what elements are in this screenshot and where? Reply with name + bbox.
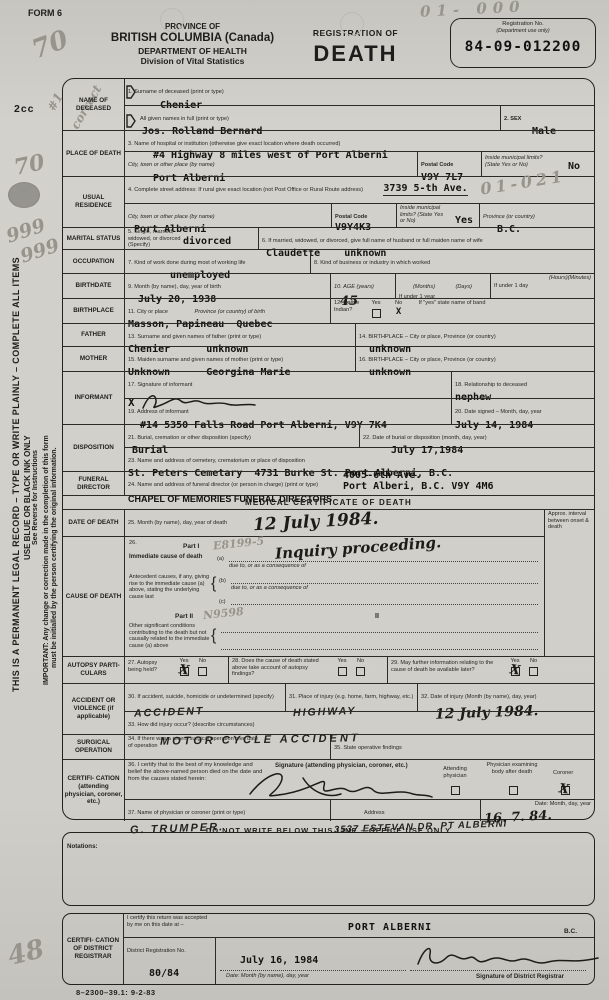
section-label-birthplace: BIRTHPLACE <box>63 298 125 323</box>
row-surgical: 34. If there was a recent surgical opera… <box>125 734 594 759</box>
industry-label: 8. Kind of business or industry in which… <box>314 260 430 266</box>
section-label-cause-of-death: CAUSE OF DEATH <box>63 536 125 656</box>
spouse-label: 6. If married, widowed, or divorced, giv… <box>262 238 483 244</box>
row-birthplace: 11. City or place Province (or country) … <box>125 298 594 323</box>
burial-date-label: 22. Date of burial or disposition (month… <box>363 435 487 441</box>
row-birthdate: 9. Month (by name), day, year of birth J… <box>125 273 594 298</box>
line-b-rule <box>231 583 538 584</box>
relationship-label: 18. Relationship to deceased <box>455 382 527 388</box>
department-name: DEPARTMENT OF HEALTH <box>95 46 290 56</box>
marital-value: divorced <box>183 237 231 248</box>
registrar-top-row: I certify this return was accepted by me… <box>124 914 594 938</box>
pencil-note-70-top: 70 <box>28 25 72 66</box>
punch-hole-top-left <box>160 8 184 32</box>
autopsy-findings-label: 28. Does the cause of death stated above… <box>232 658 328 678</box>
findings-yes-checkbox <box>338 667 347 676</box>
section-label-certification: CERTIFI- CATION (attending physician, co… <box>63 759 125 821</box>
block-death-and-cause: 25. Month (by name), day, year of death … <box>125 509 594 656</box>
street-value: 3739 5-th Ave. <box>383 184 467 196</box>
accepted-date-value: July 16, 1984 <box>240 956 318 967</box>
division-name: Division of Vital Statistics <box>95 56 290 66</box>
accepted-date-label: Date: Month (by name), day, year <box>226 973 309 980</box>
physician-name-label: 37. Name of physician or coroner (print … <box>128 810 245 816</box>
part2-rule-1 <box>221 632 538 633</box>
roman-ii-label: II <box>375 613 379 621</box>
row-hospital: 3. Name of hospital or institution (othe… <box>125 130 594 151</box>
line-c-rule <box>231 604 538 605</box>
pod-municipal-value: No <box>568 162 580 173</box>
row-occupation: 7. Kind of work done during most of work… <box>125 249 594 273</box>
date-of-death-value: 12 July 1984. <box>253 509 379 536</box>
attending-physician-checkbox <box>451 786 460 795</box>
other-significant-label: Other significant conditions contributin… <box>129 623 213 649</box>
medical-certificate-title: MEDICAL CERTIFICATE OF DEATH <box>245 498 412 507</box>
section-label-place-of-death: PLACE OF DEATH <box>63 130 125 176</box>
scanned-death-registration-form: FORM 6 PROVINCE OF BRITISH COLUMBIA (Can… <box>0 0 609 1000</box>
registration-number-box: Registration No. (Department use only) 8… <box>450 18 596 68</box>
band-name-label: If "yes" state name of band <box>419 300 486 306</box>
row-autopsy: 27. Autopsy being held? Yes X No 28. Doe… <box>125 656 594 683</box>
part2-rule-2 <box>221 649 538 650</box>
form-number: FORM 6 <box>28 8 62 18</box>
injury-place-label: 31. Place of injury (e.g. home, farm, hi… <box>289 694 413 700</box>
birthplace-province-label: Province (or country) of birth <box>194 309 265 315</box>
later-yes-penmark: X <box>509 662 521 678</box>
row-residence-city: City, town or other place (by name) Port… <box>125 203 594 227</box>
province-abbrev: B.C. <box>564 914 594 937</box>
punch-hole-top-right <box>340 12 364 36</box>
accepted-statement: I certify this return was accepted by me… <box>124 914 216 937</box>
registrar-bottom-row: District Registration No. 80/84 July 16,… <box>124 938 594 984</box>
sidebar-important-note-1: IMPORTANT: Any change or correction made… <box>43 435 50 685</box>
brace-glyph: { <box>211 627 216 645</box>
physician-signature <box>245 766 435 800</box>
later-no-label: No <box>530 658 537 665</box>
native-no-label: No <box>395 300 402 307</box>
physician-address-label: Address <box>364 810 385 816</box>
issuing-authority: PROVINCE OF BRITISH COLUMBIA (Canada) DE… <box>95 22 290 66</box>
age-days-label: (Days) <box>456 284 472 290</box>
section-label-autopsy: AUTOPSY PARTI- CULARS <box>63 656 125 683</box>
punch-hole-left <box>8 182 40 208</box>
registrar-signature-rule <box>410 970 586 971</box>
line-a-rule <box>229 561 538 562</box>
line-a-label: (a) <box>217 556 224 563</box>
district-registration-no-value: 80/84 <box>149 969 212 980</box>
examining-physician-checkbox <box>509 786 518 795</box>
province-of-label: PROVINCE OF <box>95 22 290 31</box>
row-given-names: All given names in full (print or type) … <box>125 105 594 130</box>
line-a-dueto: due to, or as a consequence of <box>229 563 306 570</box>
date-signed-label: 20. Date signed – Month, day, year <box>455 409 542 415</box>
funeral-address-line2: Port Alberi, B.C. V9Y 4M6 <box>343 482 494 493</box>
pencil-note-70-left: 70 <box>12 149 47 181</box>
native-yes-label: Yes <box>371 300 380 307</box>
funeral-address-line1: 4005-6th Ave. <box>343 471 421 482</box>
section-label-funeral-director: FUNERAL DIRECTOR <box>63 471 125 495</box>
row-funeral-director: 24. Name and address of funeral director… <box>125 471 594 495</box>
notations-label: Notations: <box>67 843 98 850</box>
section-label-father: FATHER <box>63 323 125 346</box>
antecedent-label: Antecedent causes, if any, giving rise t… <box>129 574 213 600</box>
row-certification: 36. I certify that to the best of my kno… <box>125 759 594 799</box>
row-residence-street: 4. Complete street address: If rural giv… <box>125 176 594 203</box>
row-cemetery: 23. Name and address of cemetery, cremat… <box>125 447 594 471</box>
cause-line-a-value: Inquiry proceeding. <box>275 533 442 563</box>
province-name: BRITISH COLUMBIA (Canada) <box>95 32 290 44</box>
pencil-cause-code: E8199-5 <box>212 534 264 552</box>
medical-certificate-header: MEDICAL CERTIFICATE OF DEATH <box>63 495 594 509</box>
sidebar-ink-note: USE BLUE OR BLACK INK ONLY <box>23 435 32 560</box>
coroner-penmark: X <box>558 781 570 797</box>
pod-postal-label: Postal Code <box>421 162 453 168</box>
later-no-checkbox <box>529 667 538 676</box>
section-label-occupation: OCCUPATION <box>63 249 125 273</box>
funeral-director-label: 24. Name and address of funeral director… <box>128 482 318 488</box>
registration-number-note: (Department use only) <box>451 28 595 34</box>
item-26-label: 26. <box>129 540 137 547</box>
accident-type-label: 30. If accident, suicide, homicide or un… <box>128 694 274 700</box>
section-label-disposition: DISPOSITION <box>63 424 125 471</box>
occupation-label: 7. Kind of work done during most of work… <box>128 260 246 266</box>
date-of-death-label: 25. Month (by name), day, year of death <box>128 520 227 526</box>
district-registrar-signature <box>414 940 604 970</box>
res-province-label: Province (or country) <box>483 214 535 220</box>
district-registration-no-label: District Registration No. <box>127 948 186 954</box>
autopsy-no-label: No <box>199 658 206 665</box>
section-label-district-registrar: CERTIFI- CATION OF DISTRICT REGISTRAR <box>63 914 124 984</box>
circumstances-label: 33. How did injury occur? (describe circ… <box>128 722 255 728</box>
approx-interval-label: Approx. interval between onset & death <box>548 511 591 531</box>
findings-no-label: No <box>357 658 364 665</box>
age-label: 10. AGE (years) <box>334 284 374 290</box>
part2-label: Part II <box>175 613 193 621</box>
section-label-birthdate: BIRTHDATE <box>63 273 125 298</box>
examining-physician-label: Physician examining body after death <box>483 762 541 775</box>
native-indian-label: 12. Native Indian? <box>334 300 362 313</box>
notations-box: Notations: <box>62 832 595 906</box>
row-physician-name: 37. Name of physician or coroner (print … <box>125 799 594 821</box>
pencil-note-48: 48 <box>5 934 47 972</box>
informant-address-label: 19. Address of informant <box>128 409 189 415</box>
pod-municipal-label: Inside municipal limits? (State Yes or N… <box>485 155 547 168</box>
row-informant-address: 19. Address of informant #14 5350 Falls … <box>125 398 594 424</box>
row-accident: 30. If accident, suicide, homicide or un… <box>125 683 594 711</box>
res-city-label: City, town or other place (by name) <box>128 214 215 220</box>
findings-no-checkbox <box>356 667 365 676</box>
sidebar-permanent-record-note: THIS IS A PERMANENT LEGAL RECORD – TYPE … <box>11 257 21 692</box>
street-label: 4. Complete street address: If rural giv… <box>128 187 363 193</box>
birthplace-city-label: 11. City or place <box>128 309 168 315</box>
row-burial: 21. Burial, cremation or other dispositi… <box>125 424 594 447</box>
row-surname: 1. Surname of deceased (print or type) C… <box>125 79 594 105</box>
form-code: 8–2300–39.1: 9-2-83 <box>76 988 156 997</box>
immediate-cause-label: Immediate cause of death <box>129 554 211 561</box>
line-c-label: (c) <box>219 599 226 606</box>
sex-label: 2. SEX <box>504 116 521 122</box>
section-label-marital-status: MARITAL STATUS <box>63 227 125 249</box>
father-label: 13. Surname and given names of father (p… <box>128 334 261 340</box>
section-label-name: NAME OF DECEASED <box>63 79 125 130</box>
autopsy-yes-penmark: X <box>178 662 190 678</box>
cemetery-label: 23. Name and address of cemetery, cremat… <box>128 458 305 464</box>
surname-label: 1. Surname of deceased (print or type) <box>128 89 224 95</box>
row-marital: 5. Single, married, widowed, or divorced… <box>125 227 594 249</box>
sidebar-important-note-2: must be initialled by the person certify… <box>51 447 58 668</box>
line-b-dueto: due to, or as a consequence of <box>231 585 308 592</box>
row-father: 13. Surname and given names of father (p… <box>125 323 594 346</box>
arrow-marker-icon <box>126 85 136 99</box>
section-label-accident: ACCIDENT OR VIOLENCE (if applicable) <box>63 683 125 734</box>
section-label-informant: INFORMANT <box>63 371 125 424</box>
accepted-date-rule <box>220 970 406 971</box>
section-label-date-of-death: DATE OF DEATH <box>63 509 125 536</box>
pod-city-label: City, town or other place (by name) <box>128 162 215 168</box>
registration-number-label: Registration No. <box>451 21 595 28</box>
registrar-signature-label: Signature of District Registrar <box>476 973 564 980</box>
surgical-operation-label: 34. If there was a recent surgical opera… <box>128 736 258 749</box>
autopsy-no-checkbox <box>198 667 207 676</box>
row-mother: 15. Maiden surname and given names of mo… <box>125 346 594 371</box>
coroner-label: Coroner <box>553 770 573 777</box>
under-1-day-label: If under 1 day <box>494 283 591 290</box>
district-registrar-box: CERTIFI- CATION OF DISTRICT REGISTRAR I … <box>62 913 595 985</box>
native-yes-checkbox <box>372 309 381 318</box>
part1-label: Part I <box>183 543 199 551</box>
attending-physician-label: Attending physician <box>433 766 477 779</box>
brace-glyph: { <box>211 575 216 593</box>
sidebar-reverse-note: See Reverse for Instructions <box>32 450 39 545</box>
section-label-usual-residence: USUAL RESIDENCE <box>63 176 125 227</box>
row-circumstances: 33. How did injury occur? (describe circ… <box>125 711 594 734</box>
autopsy-label: 27. Autopsy being held? <box>128 660 170 673</box>
section-label-surgical: SURGICAL OPERATION <box>63 734 125 759</box>
pencil-part2-code: N9598 <box>202 605 244 622</box>
section-label-mother: MOTHER <box>63 346 125 371</box>
informant-signature-label: 17. Signature of informant <box>128 382 192 388</box>
findings-yes-label: Yes <box>337 658 346 665</box>
birthdate-label: 9. Month (by name), day, year of birth <box>128 284 221 290</box>
hospital-label: 3. Name of hospital or institution (othe… <box>128 141 340 147</box>
copy-count-note: 2cc <box>14 103 35 115</box>
injury-date-label: 32. Date of injury (Month (by name), day… <box>421 694 537 700</box>
operative-findings-label: 35. State operative findings <box>334 745 402 751</box>
arrow-marker-icon <box>126 114 136 128</box>
registration-place-stamp: PORT ALBERNI <box>216 914 564 937</box>
row-date-of-death: 25. Month (by name), day, year of death … <box>125 510 544 537</box>
res-municipal-label: Inside municipal limits? (State Yes or N… <box>400 205 448 225</box>
age-months-label: (Months) <box>413 284 435 290</box>
registration-number-value: 84-09-012200 <box>451 39 595 55</box>
death-registration-main-form: NAME OF DECEASED PLACE OF DEATH USUAL RE… <box>62 78 595 820</box>
cause-of-death-area: 26. Part I Immediate cause of death E819… <box>125 537 544 657</box>
row-informant-signature: 17. Signature of informant X 18. Relatio… <box>125 371 594 398</box>
death-title: DEATH <box>298 41 413 67</box>
disposition-label: 21. Burial, cremation or other dispositi… <box>128 435 251 441</box>
info-later-label: 29. May further information relating to … <box>391 660 501 673</box>
father-birthplace-label: 14. BIRTHPLACE – City or place, Province… <box>359 334 496 340</box>
native-no-checkbox-x: X <box>396 308 401 317</box>
line-b-label: (b) <box>219 578 226 585</box>
mother-label: 15. Maiden surname and given names of mo… <box>128 357 283 363</box>
res-postal-label: Postal Code <box>335 214 367 220</box>
mother-birthplace-label: 16. BIRTHPLACE – City or place, Province… <box>359 357 496 363</box>
given-names-label: All given names in full (print or type) <box>140 116 229 122</box>
res-municipal-value: Yes <box>455 216 473 227</box>
age-hours-minutes-label: (Hours)(Minutes) <box>549 275 591 282</box>
